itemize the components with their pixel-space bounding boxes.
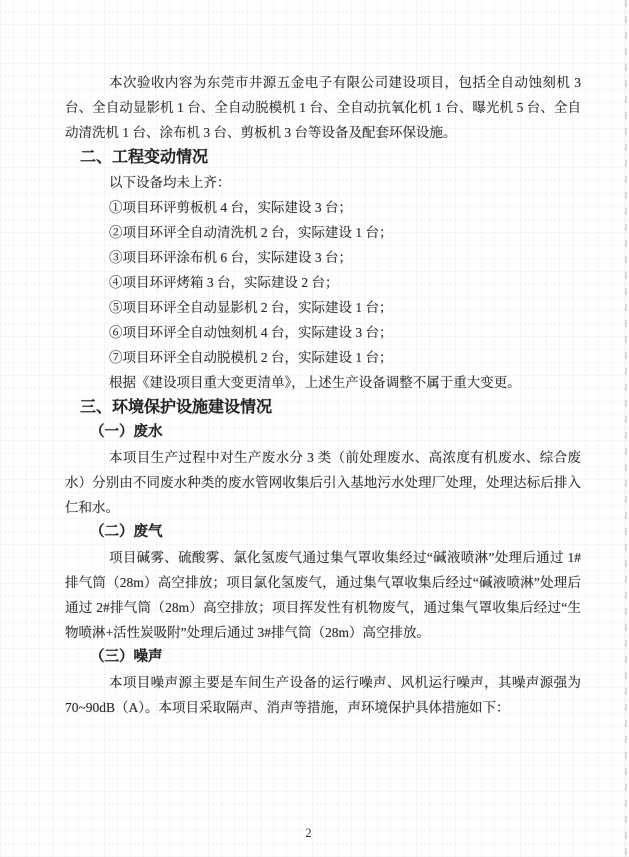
page-number: 2 [0,826,617,841]
section-3-heading: 三、环境保护设施建设情况 [80,395,581,420]
section-2-lead: 以下设备均未上齐： [65,170,581,195]
equipment-change-item-4: ④项目环评烤箱 3 台，实际建设 2 台； [109,270,581,295]
subsection-wastewater-title: （一）废水 [90,420,581,445]
section-2-conclusion: 根据《建设项目重大变更清单》，上述生产设备调整不属于重大变更。 [65,370,581,395]
scanned-document-page: 本次验收内容为东莞市井源五金电子有限公司建设项目，包括全自动蚀刻机 3 台、全自… [0,0,629,857]
equipment-change-item-1: ①项目环评剪板机 4 台，实际建设 3 台； [109,195,581,220]
equipment-change-item-6: ⑥项目环评全自动蚀刻机 4 台，实际建设 3 台； [109,320,581,345]
subsection-waste-gas-title: （二）废气 [90,520,581,545]
equipment-change-item-5: ⑤项目环评全自动显影机 2 台，实际建设 1 台； [109,295,581,320]
equipment-change-item-2: ②项目环评全自动清洗机 2 台，实际建设 1 台； [109,220,581,245]
intro-paragraph: 本次验收内容为东莞市井源五金电子有限公司建设项目，包括全自动蚀刻机 3 台、全自… [65,70,581,145]
scan-edge-artifact [625,0,627,857]
equipment-change-item-7: ⑦项目环评全自动脱模机 2 台，实际建设 1 台； [109,345,581,370]
subsection-noise-title: （三）噪声 [90,645,581,670]
equipment-change-item-3: ③项目环评涂布机 6 台，实际建设 3 台； [109,245,581,270]
document-body: 本次验收内容为东莞市井源五金电子有限公司建设项目，包括全自动蚀刻机 3 台、全自… [65,70,581,720]
waste-gas-paragraph: 项目碱雾、硫酸雾、氯化氢废气通过集气罩收集经过“碱液喷淋”处理后通过 1#排气筒… [65,545,581,645]
section-2-heading: 二、工程变动情况 [80,145,581,170]
noise-paragraph: 本项目噪声源主要是车间生产设备的运行噪声、风机运行噪声，其噪声源强为 70~90… [65,670,581,720]
wastewater-paragraph: 本项目生产过程中对生产废水分 3 类（前处理废水、高浓度有机废水、综合废水）分别… [65,445,581,520]
